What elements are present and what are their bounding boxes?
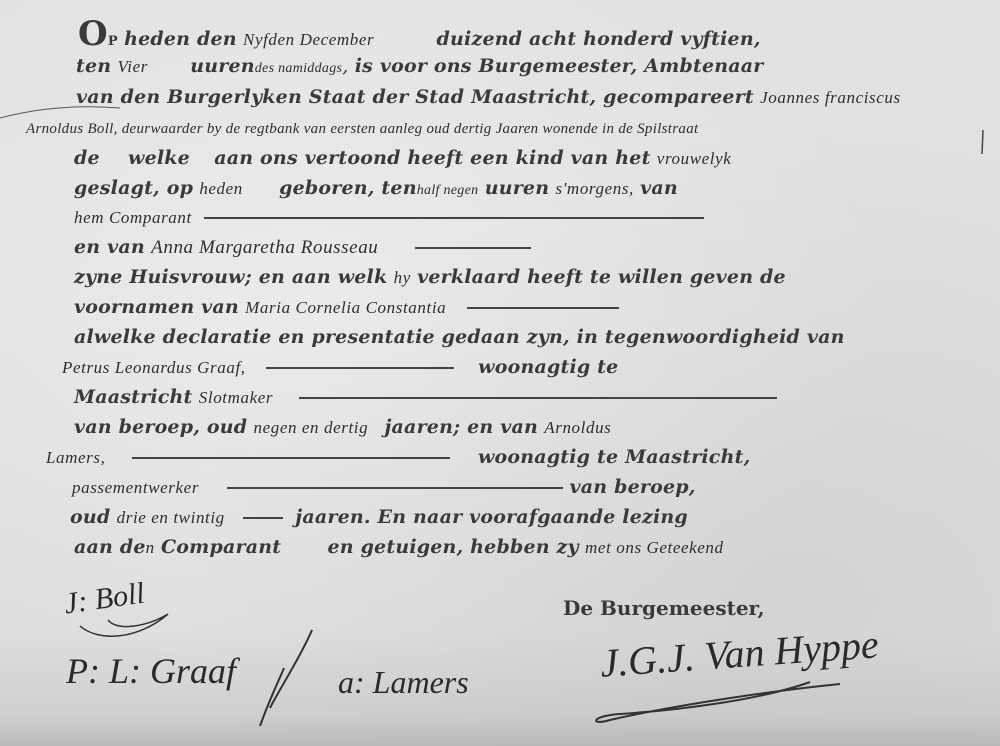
record-line-5: de welke aan ons vertoond heeft een kind… [74, 147, 731, 169]
handwritten-child-names: Maria Cornelia Constantia [245, 298, 446, 317]
printed-text: woonagtig te [478, 356, 618, 378]
blank-rule [204, 217, 704, 219]
printed-text: jaaren. En naar voorafgaande lezing [295, 506, 688, 528]
printed-text: de [74, 147, 100, 169]
printed-text: oud [70, 506, 110, 528]
record-line-1: OOpP heden den Nyfden December duizend a… [78, 14, 761, 54]
printed-text: is voor ons Burgemeester, Ambtenaar [355, 55, 764, 77]
printed-text: duizend acht honderd vyftien, [437, 28, 761, 50]
handwritten-pronoun: hy [394, 268, 411, 287]
handwritten-signed-note: met ons Geteekend [585, 538, 724, 557]
record-line-15: Lamers, woonagtig te Maastricht, [46, 446, 750, 468]
printed-text: uuren [190, 55, 255, 77]
printed-text: aan de [74, 536, 146, 558]
signature-witness-1: P: L: Graaf [66, 650, 236, 692]
dropcap-o: O [78, 14, 108, 54]
handwritten-mother: Anna Margaretha Rousseau [151, 237, 378, 258]
printed-text: voornamen van [74, 296, 239, 318]
printed-text: van beroep, [570, 476, 696, 498]
signature-flourish [580, 670, 860, 730]
blank-rule [467, 307, 619, 309]
handwritten-witness-2-first: Arnoldus [544, 418, 611, 437]
printed-text: zyne Huisvrouw; en aan welk [74, 266, 387, 288]
record-line-17: oud drie en twintig jaaren. En naar voor… [70, 506, 688, 528]
handwritten-comparant-name: Joannes franciscus [760, 88, 901, 107]
blank-rule [227, 487, 563, 489]
handwritten-father: hem Comparant [74, 208, 192, 227]
record-line-6: geslagt, op heden geboren, tenhalf negen… [74, 177, 678, 199]
printed-text: Comparant [161, 536, 281, 558]
printed-text: heden den [124, 28, 237, 50]
blank-rule [266, 367, 454, 369]
printed-text: welke [128, 147, 190, 169]
record-line-8: en van Anna Margaretha Rousseau [74, 236, 537, 259]
record-line-10: voornamen van Maria Cornelia Constantia [74, 296, 625, 318]
signature-witness-2: a: Lamers [338, 664, 469, 701]
margin-pen-stroke [0, 100, 200, 130]
record-line-2: ten Vier uurendes namiddags, is voor ons… [76, 55, 764, 77]
handwritten-occupation-2: passementwerker [72, 478, 199, 497]
blank-rule [132, 457, 450, 459]
printed-text: uuren [485, 177, 550, 199]
handwritten-sex: vrouwelyk [657, 149, 732, 168]
printed-text: jaaren; en van [384, 416, 538, 438]
blank-rule [243, 517, 283, 519]
record-line-12: Petrus Leonardus Graaf, woonagtig te [62, 356, 618, 378]
record-line-7: hem Comparant [74, 206, 710, 228]
handwritten-suffix: n [146, 538, 155, 557]
printed-text: geboren, ten [279, 177, 417, 199]
printed-text: en van [74, 236, 145, 258]
printed-text: en getuigen, hebben zy [327, 536, 578, 558]
record-line-14: van beroep, oud negen en dertig jaaren; … [74, 416, 611, 438]
handwritten-age: negen en dertig [253, 418, 368, 437]
record-line-11: alwelke declaratie en presentatie gedaan… [74, 326, 845, 348]
printed-text: geslagt, op [74, 177, 193, 199]
handwritten-occupation: Slotmaker [199, 388, 273, 407]
mayor-label: De Burgemeester, [563, 596, 765, 620]
blank-rule [415, 247, 531, 249]
handwritten-witness-2-last: Lamers, [46, 448, 105, 467]
handwritten-birth-hour: half negen [417, 183, 479, 198]
printed-text: Maastricht [74, 386, 193, 408]
handwritten-witness-1: Petrus Leonardus Graaf, [62, 358, 246, 377]
record-line-18: aan den Comparant en getuigen, hebben zy… [74, 536, 724, 558]
printed-text: van [640, 177, 678, 199]
printed-text: aan ons vertoond heeft een kind van het [214, 147, 650, 169]
blank-rule [299, 397, 777, 399]
signature-flourish [78, 606, 178, 646]
record-line-9: zyne Huisvrouw; en aan welk hy verklaard… [74, 266, 786, 288]
printed-text: van beroep, oud [74, 416, 247, 438]
record-line-13: Maastricht Slotmaker [74, 386, 783, 408]
record-line-16: passementwerker van beroep, [72, 476, 696, 498]
scanned-document-page: OOpP heden den Nyfden December duizend a… [0, 0, 1000, 746]
printed-text: woonagtig te Maastricht, [478, 446, 750, 468]
handwritten-hour: Vier [118, 57, 148, 76]
handwritten-age-2: drie en twintig [117, 508, 225, 527]
signature-flourish [250, 628, 330, 728]
handwritten-time-of-day: s'morgens, [555, 179, 633, 198]
handwritten-date: Nyfden December [243, 30, 374, 49]
margin-pen-stroke [980, 130, 990, 160]
printed-text: verklaard heeft te willen geven de [417, 266, 786, 288]
printed-text-p: P [108, 34, 118, 49]
handwritten-birth-day: heden [199, 179, 243, 198]
printed-text: ten [76, 55, 111, 77]
handwritten-time-of-day: des namiddags [255, 61, 343, 76]
printed-text: alwelke declaratie en presentatie gedaan… [74, 326, 845, 348]
